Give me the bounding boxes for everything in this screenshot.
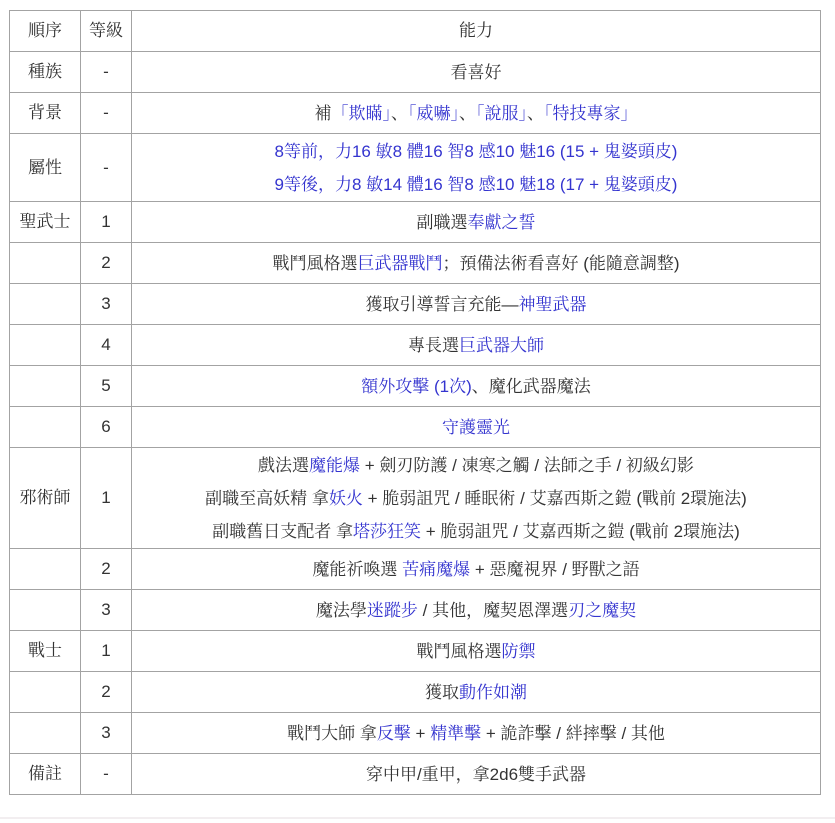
ability-text: 、 [391, 104, 408, 123]
ability-line: 獲取引導誓言充能—神聖武器 [136, 288, 816, 321]
ability-cell: 魔能祈喚選 苦痛魔爆 + 惡魔視界 / 野獸之語 [132, 549, 821, 590]
table-row: 種族-看喜好 [10, 52, 821, 93]
table-row: 屬性-8等前，力16 敏8 體16 智8 感10 魅16 (15 + 鬼婆頭皮)… [10, 134, 821, 202]
ability-cell: 獲取動作如潮 [132, 672, 821, 713]
ability-text: 戲法選 [258, 456, 309, 475]
table-row: 2魔能祈喚選 苦痛魔爆 + 惡魔視界 / 野獸之語 [10, 549, 821, 590]
table-row: 6守護靈光 [10, 407, 821, 448]
ability-text: 副職舊日支配者 拿 [212, 522, 353, 541]
ability-cell: 補「欺瞞」、「威嚇」、「說服」、「特技專家」 [132, 93, 821, 134]
ability-cell: 魔法學迷蹤步 / 其他，魔契恩澤選刃之魔契 [132, 590, 821, 631]
ability-text: + [411, 724, 430, 743]
ability-link[interactable]: 神聖武器 [519, 295, 587, 314]
ability-text: 戰鬥大師 拿 [287, 724, 377, 743]
ability-link[interactable]: 防禦 [502, 642, 536, 661]
ability-link[interactable]: 妖火 [329, 489, 363, 508]
ability-line: 9等後，力8 敏14 體16 智8 感10 魅18 (17 + 鬼婆頭皮) [136, 168, 816, 201]
table-row: 3獲取引導誓言充能—神聖武器 [10, 284, 821, 325]
table-row: 2戰鬥風格選巨武器戰鬥；預備法術看喜好 (能隨意調整) [10, 243, 821, 284]
character-build-table: 順序 等級 能力 種族-看喜好背景-補「欺瞞」、「威嚇」、「說服」、「特技專家」… [9, 10, 821, 795]
ability-link[interactable]: 反擊 [377, 724, 411, 743]
ability-text: 獲取 [425, 683, 459, 702]
ability-text: 補 [315, 104, 332, 123]
row-label-cell [10, 549, 81, 590]
ability-line: 穿中甲/重甲，拿2d6雙手武器 [136, 758, 816, 791]
ability-line: 副職至高妖精 拿妖火 + 脆弱詛咒 / 睡眠術 / 艾嘉西斯之鎧 (戰前 2環施… [136, 482, 816, 515]
ability-cell: 戰鬥大師 拿反擊 + 精準擊 + 詭詐擊 / 絆摔擊 / 其他 [132, 713, 821, 754]
ability-text: 、魔化武器魔法 [472, 377, 591, 396]
level-cell: 4 [81, 325, 132, 366]
ability-text: + 脆弱詛咒 / 艾嘉西斯之鎧 (戰前 2環施法) [421, 522, 740, 541]
ability-text: 戰鬥風格選 [272, 254, 357, 273]
ability-text: / 其他，魔契恩澤選 [418, 601, 568, 620]
header-row: 順序 等級 能力 [10, 11, 821, 52]
row-label-cell: 備註 [10, 754, 81, 795]
table-row: 邪術師1戲法選魔能爆 + 劍刃防護 / 凍寒之觸 / 法師之手 / 初級幻影副職… [10, 448, 821, 549]
row-label-cell [10, 325, 81, 366]
ability-cell: 穿中甲/重甲，拿2d6雙手武器 [132, 754, 821, 795]
ability-cell: 8等前，力16 敏8 體16 智8 感10 魅16 (15 + 鬼婆頭皮)9等後… [132, 134, 821, 202]
level-cell: 1 [81, 202, 132, 243]
row-label-cell: 邪術師 [10, 448, 81, 549]
ability-text: 8等前，力16 敏8 體16 智8 感10 魅16 (15 + 鬼婆頭皮) [275, 142, 678, 161]
ability-line: 補「欺瞞」、「威嚇」、「說服」、「特技專家」 [136, 97, 816, 130]
ability-cell: 戰鬥風格選巨武器戰鬥；預備法術看喜好 (能隨意調整) [132, 243, 821, 284]
level-cell: 2 [81, 672, 132, 713]
table-row: 5額外攻擊 (1次)、魔化武器魔法 [10, 366, 821, 407]
level-cell: 1 [81, 631, 132, 672]
table-row: 備註-穿中甲/重甲，拿2d6雙手武器 [10, 754, 821, 795]
ability-link[interactable]: 奉獻之誓 [468, 213, 536, 232]
col-header-order: 順序 [10, 11, 81, 52]
level-cell: 2 [81, 549, 132, 590]
row-label-cell [10, 366, 81, 407]
row-label-cell [10, 672, 81, 713]
ability-line: 8等前，力16 敏8 體16 智8 感10 魅16 (15 + 鬼婆頭皮) [136, 135, 816, 168]
ability-link[interactable]: 「欺瞞」 [332, 104, 392, 123]
bottom-divider [0, 817, 835, 819]
ability-link[interactable]: 動作如潮 [459, 683, 527, 702]
ability-cell: 守護靈光 [132, 407, 821, 448]
ability-line: 額外攻擊 (1次)、魔化武器魔法 [136, 370, 816, 403]
ability-text: + 脆弱詛咒 / 睡眠術 / 艾嘉西斯之鎧 (戰前 2環施法) [363, 489, 747, 508]
table-body: 種族-看喜好背景-補「欺瞞」、「威嚇」、「說服」、「特技專家」屬性-8等前，力1… [10, 52, 821, 795]
ability-text: 穿中甲/重甲，拿2d6雙手武器 [366, 765, 586, 784]
ability-text: + 劍刃防護 / 凍寒之觸 / 法師之手 / 初級幻影 [360, 456, 694, 475]
ability-link[interactable]: 苦痛魔爆 [402, 560, 470, 579]
row-label-cell: 背景 [10, 93, 81, 134]
ability-link[interactable]: 精準擊 [430, 724, 481, 743]
ability-line: 專長選巨武器大師 [136, 329, 816, 362]
ability-text: 專長選 [408, 336, 459, 355]
ability-line: 守護靈光 [136, 411, 816, 444]
ability-cell: 獲取引導誓言充能—神聖武器 [132, 284, 821, 325]
ability-cell: 戰鬥風格選防禦 [132, 631, 821, 672]
ability-link[interactable]: 守護靈光 [442, 418, 510, 437]
ability-line: 魔能祈喚選 苦痛魔爆 + 惡魔視界 / 野獸之語 [136, 553, 816, 586]
level-cell: 3 [81, 284, 132, 325]
level-cell: 1 [81, 448, 132, 549]
col-header-level: 等級 [81, 11, 132, 52]
level-cell: - [81, 754, 132, 795]
table-row: 戰士1戰鬥風格選防禦 [10, 631, 821, 672]
ability-text: 、 [459, 104, 476, 123]
ability-text: 副職選 [417, 213, 468, 232]
level-cell: 6 [81, 407, 132, 448]
ability-link[interactable]: 「威嚇」 [408, 104, 459, 123]
ability-text: 9等後，力8 敏14 體16 智8 感10 魅18 (17 + 鬼婆頭皮) [275, 175, 678, 194]
ability-text: 副職至高妖精 拿 [205, 489, 329, 508]
ability-link[interactable]: 巨武器戰鬥 [357, 254, 442, 273]
level-cell: - [81, 52, 132, 93]
ability-line: 戰鬥風格選防禦 [136, 635, 816, 668]
ability-cell: 看喜好 [132, 52, 821, 93]
level-cell: - [81, 134, 132, 202]
level-cell: 5 [81, 366, 132, 407]
ability-text: 看喜好 [451, 63, 502, 82]
ability-text: + 詭詐擊 / 絆摔擊 / 其他 [481, 724, 665, 743]
row-label-cell [10, 284, 81, 325]
ability-line: 副職選奉獻之誓 [136, 206, 816, 239]
row-label-cell [10, 243, 81, 284]
ability-line: 魔法學迷蹤步 / 其他，魔契恩澤選刃之魔契 [136, 594, 816, 627]
level-cell: 3 [81, 713, 132, 754]
table-row: 2獲取動作如潮 [10, 672, 821, 713]
ability-link[interactable]: 「說服」 [476, 104, 527, 123]
ability-link[interactable]: 塔莎狂笑 [353, 522, 421, 541]
ability-line: 副職舊日支配者 拿塔莎狂笑 + 脆弱詛咒 / 艾嘉西斯之鎧 (戰前 2環施法) [136, 515, 816, 548]
table-row: 3戰鬥大師 拿反擊 + 精準擊 + 詭詐擊 / 絆摔擊 / 其他 [10, 713, 821, 754]
ability-link[interactable]: 「特技專家」 [544, 104, 638, 123]
table-row: 4專長選巨武器大師 [10, 325, 821, 366]
ability-cell: 副職選奉獻之誓 [132, 202, 821, 243]
ability-link[interactable]: 刃之魔契 [568, 601, 636, 620]
ability-line: 獲取動作如潮 [136, 676, 816, 709]
ability-text: + 惡魔視界 / 野獸之語 [470, 560, 640, 579]
ability-text: 獲取引導誓言充能— [366, 295, 519, 314]
ability-line: 看喜好 [136, 56, 816, 89]
row-label-cell [10, 407, 81, 448]
row-label-cell: 種族 [10, 52, 81, 93]
ability-line: 戰鬥風格選巨武器戰鬥；預備法術看喜好 (能隨意調整) [136, 247, 816, 280]
level-cell: - [81, 93, 132, 134]
col-header-ability: 能力 [132, 11, 821, 52]
ability-cell: 戲法選魔能爆 + 劍刃防護 / 凍寒之觸 / 法師之手 / 初級幻影副職至高妖精… [132, 448, 821, 549]
ability-text: 魔法學 [316, 601, 367, 620]
ability-link[interactable]: 魔能爆 [309, 456, 360, 475]
row-label-cell [10, 590, 81, 631]
ability-cell: 專長選巨武器大師 [132, 325, 821, 366]
ability-text: 戰鬥風格選 [417, 642, 502, 661]
ability-text: 、 [527, 104, 544, 123]
row-label-cell: 屬性 [10, 134, 81, 202]
row-label-cell [10, 713, 81, 754]
row-label-cell: 戰士 [10, 631, 81, 672]
ability-cell: 額外攻擊 (1次)、魔化武器魔法 [132, 366, 821, 407]
ability-text: ；預備法術看喜好 (能隨意調整) [442, 254, 679, 273]
table-row: 背景-補「欺瞞」、「威嚇」、「說服」、「特技專家」 [10, 93, 821, 134]
ability-link[interactable]: 額外攻擊 (1次) [361, 377, 472, 396]
page: 順序 等級 能力 種族-看喜好背景-補「欺瞞」、「威嚇」、「說服」、「特技專家」… [0, 0, 835, 823]
ability-text: 魔能祈喚選 [312, 560, 402, 579]
table-row: 聖武士1副職選奉獻之誓 [10, 202, 821, 243]
level-cell: 3 [81, 590, 132, 631]
table-row: 3魔法學迷蹤步 / 其他，魔契恩澤選刃之魔契 [10, 590, 821, 631]
row-label-cell: 聖武士 [10, 202, 81, 243]
level-cell: 2 [81, 243, 132, 284]
ability-line: 戰鬥大師 拿反擊 + 精準擊 + 詭詐擊 / 絆摔擊 / 其他 [136, 717, 816, 750]
ability-link[interactable]: 迷蹤步 [367, 601, 418, 620]
ability-line: 戲法選魔能爆 + 劍刃防護 / 凍寒之觸 / 法師之手 / 初級幻影 [136, 449, 816, 482]
ability-link[interactable]: 巨武器大師 [459, 336, 544, 355]
